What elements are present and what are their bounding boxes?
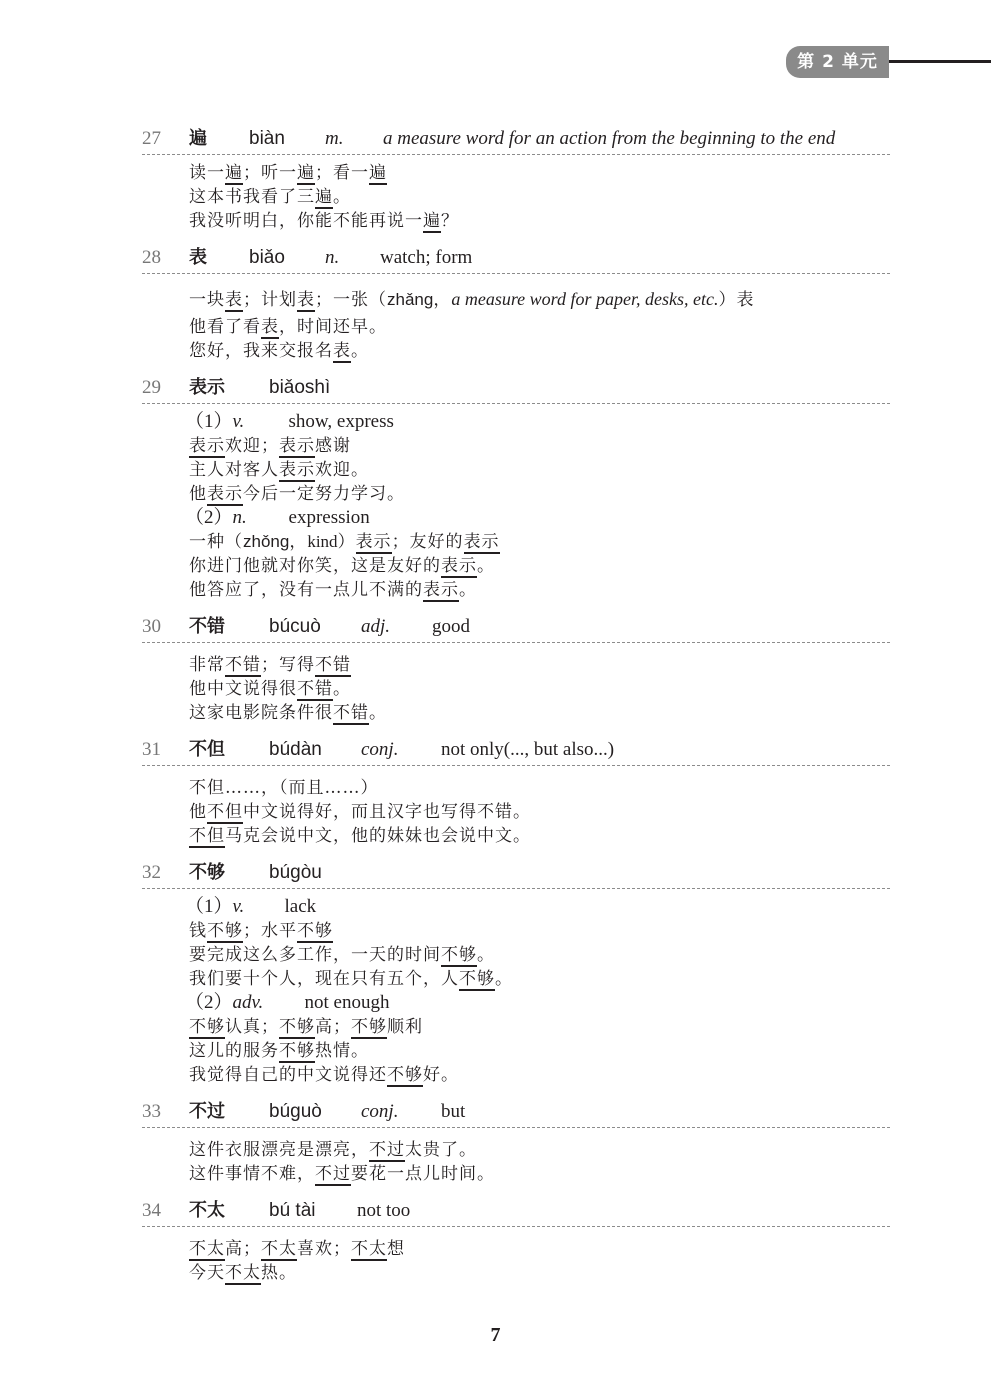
entry-pinyin: búcuò xyxy=(269,612,361,642)
entry-number: 29 xyxy=(142,373,189,403)
example-line: 这本书我看了三遍。 xyxy=(189,185,890,209)
entry-examples: （1）v.show, express 表示欢迎；表示感谢 主人对客人表示欢迎。 … xyxy=(142,404,890,612)
entry-examples: 不但……，（而且……） 他不但中文说得好，而且汉字也写得不错。 不但马克会说中文… xyxy=(142,766,890,858)
entry-number: 33 xyxy=(142,1097,189,1127)
example-line: 不但马克会说中文，他的妹妹也会说中文。 xyxy=(189,824,890,848)
entry-word: 不错 xyxy=(189,612,269,642)
example-line: 今天不太热。 xyxy=(189,1261,890,1285)
entry-pos: adj. xyxy=(361,612,432,642)
example-line: 一块表；计划表；一张（zhǎng，a measure word for pape… xyxy=(189,284,890,315)
entry-header: 29 表示 biǎoshì xyxy=(142,373,890,404)
entry-definition: watch; form xyxy=(380,243,472,273)
sense-meaning: not enough xyxy=(305,992,390,1013)
entry-number: 27 xyxy=(142,124,189,154)
example-line: 他不但中文说得好，而且汉字也写得不错。 xyxy=(189,800,890,824)
entry-examples: 这件衣服漂亮是漂亮，不过太贵了。 这件事情不难，不过要花一点儿时间。 xyxy=(142,1128,890,1196)
sense-pos: v. xyxy=(233,895,285,919)
entry-word: 表 xyxy=(189,243,249,273)
entry-header: 34 不太 bú tài not too xyxy=(142,1196,890,1227)
vocab-entry: 33 不过 búguò conj. but 这件衣服漂亮是漂亮，不过太贵了。 这… xyxy=(142,1097,890,1196)
entry-number: 34 xyxy=(142,1196,189,1226)
entry-pinyin: biàn xyxy=(249,124,325,154)
entry-header: 32 不够 búgòu xyxy=(142,858,890,889)
entry-word: 不太 xyxy=(189,1196,269,1226)
example-line: 他看了看表，时间还早。 xyxy=(189,315,890,339)
entry-word: 遍 xyxy=(189,124,249,154)
example-line: 我们要十个人，现在只有五个，人不够。 xyxy=(189,967,890,991)
example-line: 这件事情不难，不过要花一点儿时间。 xyxy=(189,1162,890,1186)
entry-word: 表示 xyxy=(189,373,269,403)
example-line: 主人对客人表示欢迎。 xyxy=(189,458,890,482)
vocab-entry: 29 表示 biǎoshì （1）v.show, express 表示欢迎；表示… xyxy=(142,373,890,612)
vocab-entry: 34 不太 bú tài not too 不太高；不太喜欢；不太想 今天不太热。 xyxy=(142,1196,890,1295)
sense-header: （2）adv.not enough xyxy=(185,991,890,1015)
entry-pinyin: búdàn xyxy=(269,735,361,765)
entry-number: 28 xyxy=(142,243,189,273)
entry-pos: m. xyxy=(325,124,383,154)
entry-word: 不但 xyxy=(189,735,269,765)
entry-pos: conj. xyxy=(361,735,441,765)
vocab-entry: 32 不够 búgòu （1）v.lack 钱不够；水平不够 要完成这么多工作，… xyxy=(142,858,890,1097)
example-line: 读一遍；听一遍；看一遍 xyxy=(189,161,890,185)
entry-pinyin: biǎoshì xyxy=(269,373,330,403)
entry-header: 31 不但 búdàn conj. not only(..., but also… xyxy=(142,735,890,766)
entry-pinyin: biǎo xyxy=(249,243,325,273)
entry-definition: good xyxy=(432,612,470,642)
example-line: 这儿的服务不够热情。 xyxy=(189,1039,890,1063)
entry-number: 32 xyxy=(142,858,189,888)
entry-examples: 读一遍；听一遍；看一遍 这本书我看了三遍。 我没听明白，你能不能再说一遍？ xyxy=(142,155,890,243)
sense-pos: n. xyxy=(233,506,289,530)
example-line: 这件衣服漂亮是漂亮，不过太贵了。 xyxy=(189,1138,890,1162)
sense-header: （1）v.lack xyxy=(185,895,890,919)
vocab-entry: 28 表 biǎo n. watch; form 一块表；计划表；一张（zhǎn… xyxy=(142,243,890,373)
entry-word: 不够 xyxy=(189,858,269,888)
entry-definition: but xyxy=(441,1097,465,1127)
entry-word: 不过 xyxy=(189,1097,269,1127)
entry-definition: not only(..., but also...) xyxy=(441,735,614,765)
example-line: 您好，我来交报名表。 xyxy=(189,339,890,363)
sense-header: （1）v.show, express xyxy=(185,410,890,434)
sense-meaning: expression xyxy=(289,507,370,528)
example-line: 表示欢迎；表示感谢 xyxy=(189,434,890,458)
vocab-entry: 31 不但 búdàn conj. not only(..., but also… xyxy=(142,735,890,858)
entry-definition: a measure word for an action from the be… xyxy=(383,124,835,154)
sense-label: （2） xyxy=(185,992,233,1013)
entry-definition: not too xyxy=(357,1196,410,1226)
example-line: 钱不够；水平不够 xyxy=(189,919,890,943)
sense-label: （1） xyxy=(185,896,233,917)
example-line: 一种（zhǒng，kind）表示；友好的表示 xyxy=(189,530,890,554)
entry-pinyin: bú tài xyxy=(269,1196,357,1226)
example-line: 我没听明白，你能不能再说一遍？ xyxy=(189,209,890,233)
sense-label: （1） xyxy=(185,411,233,432)
example-line: 他表示今后一定努力学习。 xyxy=(189,482,890,506)
example-line: 不够认真；不够高；不够顺利 xyxy=(189,1015,890,1039)
header-rule xyxy=(889,60,991,63)
sense-meaning: show, express xyxy=(289,411,394,432)
entry-pinyin: búguò xyxy=(269,1097,361,1127)
sense-pos: adv. xyxy=(233,991,305,1015)
entry-number: 31 xyxy=(142,735,189,765)
sense-label: （2） xyxy=(185,507,233,528)
entry-header: 28 表 biǎo n. watch; form xyxy=(142,243,890,274)
example-line: 这家电影院条件很不错。 xyxy=(189,701,890,725)
entry-pos: n. xyxy=(325,243,380,273)
entry-examples: 不太高；不太喜欢；不太想 今天不太热。 xyxy=(142,1227,890,1295)
sense-meaning: lack xyxy=(285,896,317,917)
example-line: 他中文说得很不错。 xyxy=(189,677,890,701)
example-line: 他答应了，没有一点儿不满的表示。 xyxy=(189,578,890,602)
sense-header: （2）n.expression xyxy=(185,506,890,530)
entry-number: 30 xyxy=(142,612,189,642)
example-line: 我觉得自己的中文说得还不够好。 xyxy=(189,1063,890,1087)
example-line: 不太高；不太喜欢；不太想 xyxy=(189,1237,890,1261)
entry-examples: （1）v.lack 钱不够；水平不够 要完成这么多工作，一天的时间不够。 我们要… xyxy=(142,889,890,1097)
example-line: 要完成这么多工作，一天的时间不够。 xyxy=(189,943,890,967)
example-line: 你进门他就对你笑，这是友好的表示。 xyxy=(189,554,890,578)
entry-header: 33 不过 búguò conj. but xyxy=(142,1097,890,1128)
vocab-entry: 27 遍 biàn m. a measure word for an actio… xyxy=(142,124,890,243)
entry-header: 30 不错 búcuò adj. good xyxy=(142,612,890,643)
page-number: 7 xyxy=(0,1324,991,1347)
entry-examples: 非常不错；写得不错 他中文说得很不错。 这家电影院条件很不错。 xyxy=(142,643,890,735)
entry-examples: 一块表；计划表；一张（zhǎng，a measure word for pape… xyxy=(142,274,890,373)
vocabulary-list: 27 遍 biàn m. a measure word for an actio… xyxy=(142,120,890,1295)
entry-header: 27 遍 biàn m. a measure word for an actio… xyxy=(142,124,890,155)
sense-pos: v. xyxy=(233,410,289,434)
unit-label-tab: 第 2 单元 xyxy=(786,46,889,78)
entry-pos: conj. xyxy=(361,1097,441,1127)
vocab-entry: 30 不错 búcuò adj. good 非常不错；写得不错 他中文说得很不错… xyxy=(142,612,890,735)
example-line: 不但……，（而且……） xyxy=(189,776,890,800)
entry-pinyin: búgòu xyxy=(269,858,322,888)
example-line: 非常不错；写得不错 xyxy=(189,653,890,677)
